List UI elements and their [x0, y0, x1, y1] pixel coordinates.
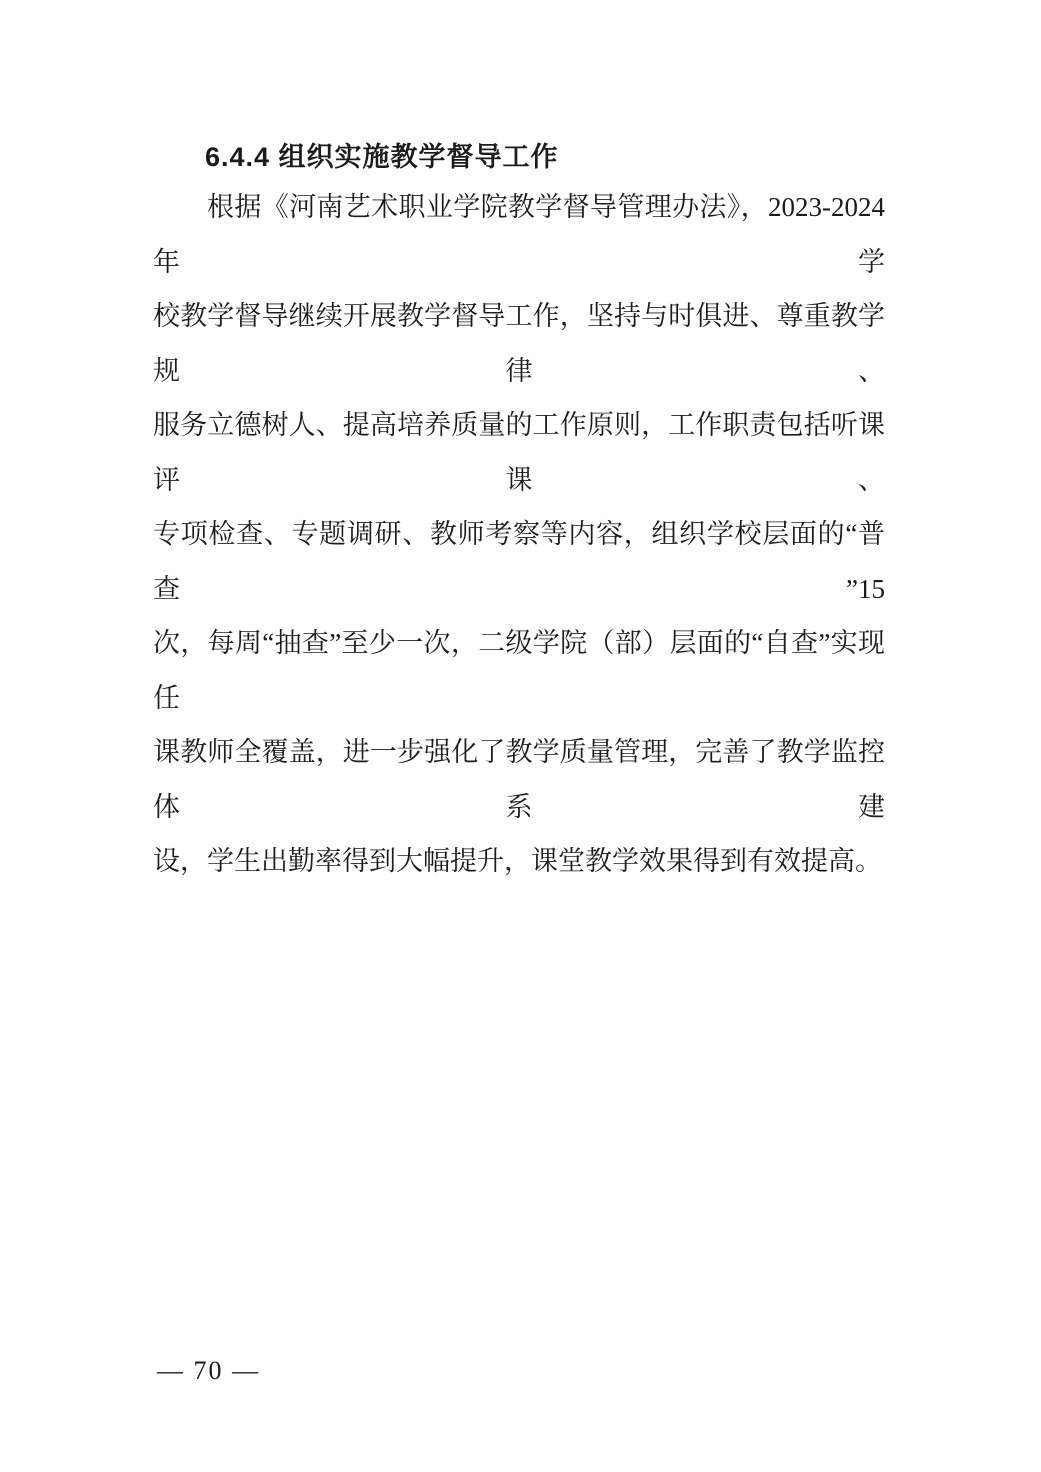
section-heading: 6.4.4 组织实施教学督导工作 — [205, 140, 885, 174]
section-644: 6.4.4 组织实施教学督导工作 根据《河南艺术职业学院教学督导管理办法》，20… — [153, 140, 885, 889]
paragraph-line: 专项检查、专题调研、教师考察等内容，组织学校层面的“普查”15 — [153, 507, 885, 616]
paragraph-line: 校教学督导继续开展教学督导工作，坚持与时俱进、尊重教学规律、 — [153, 289, 885, 398]
document-page: 6.4.4 组织实施教学督导工作 根据《河南艺术职业学院教学督导管理办法》，20… — [0, 0, 1041, 1472]
paragraph-line: 服务立德树人、提高培养质量的工作原则，工作职责包括听课评课、 — [153, 398, 885, 507]
page-number: — 70 — — [157, 1356, 260, 1386]
paragraph-line: 根据《河南艺术职业学院教学督导管理办法》，2023-2024 年学 — [153, 180, 885, 289]
body-paragraph: 根据《河南艺术职业学院教学督导管理办法》，2023-2024 年学 校教学督导继… — [153, 180, 885, 889]
paragraph-line: 课教师全覆盖，进一步强化了教学质量管理，完善了教学监控体系建 — [153, 725, 885, 834]
paragraph-line: 设，学生出勤率得到大幅提升，课堂教学效果得到有效提高。 — [153, 834, 885, 889]
paragraph-line: 次，每周“抽查”至少一次，二级学院（部）层面的“自查”实现任 — [153, 616, 885, 725]
